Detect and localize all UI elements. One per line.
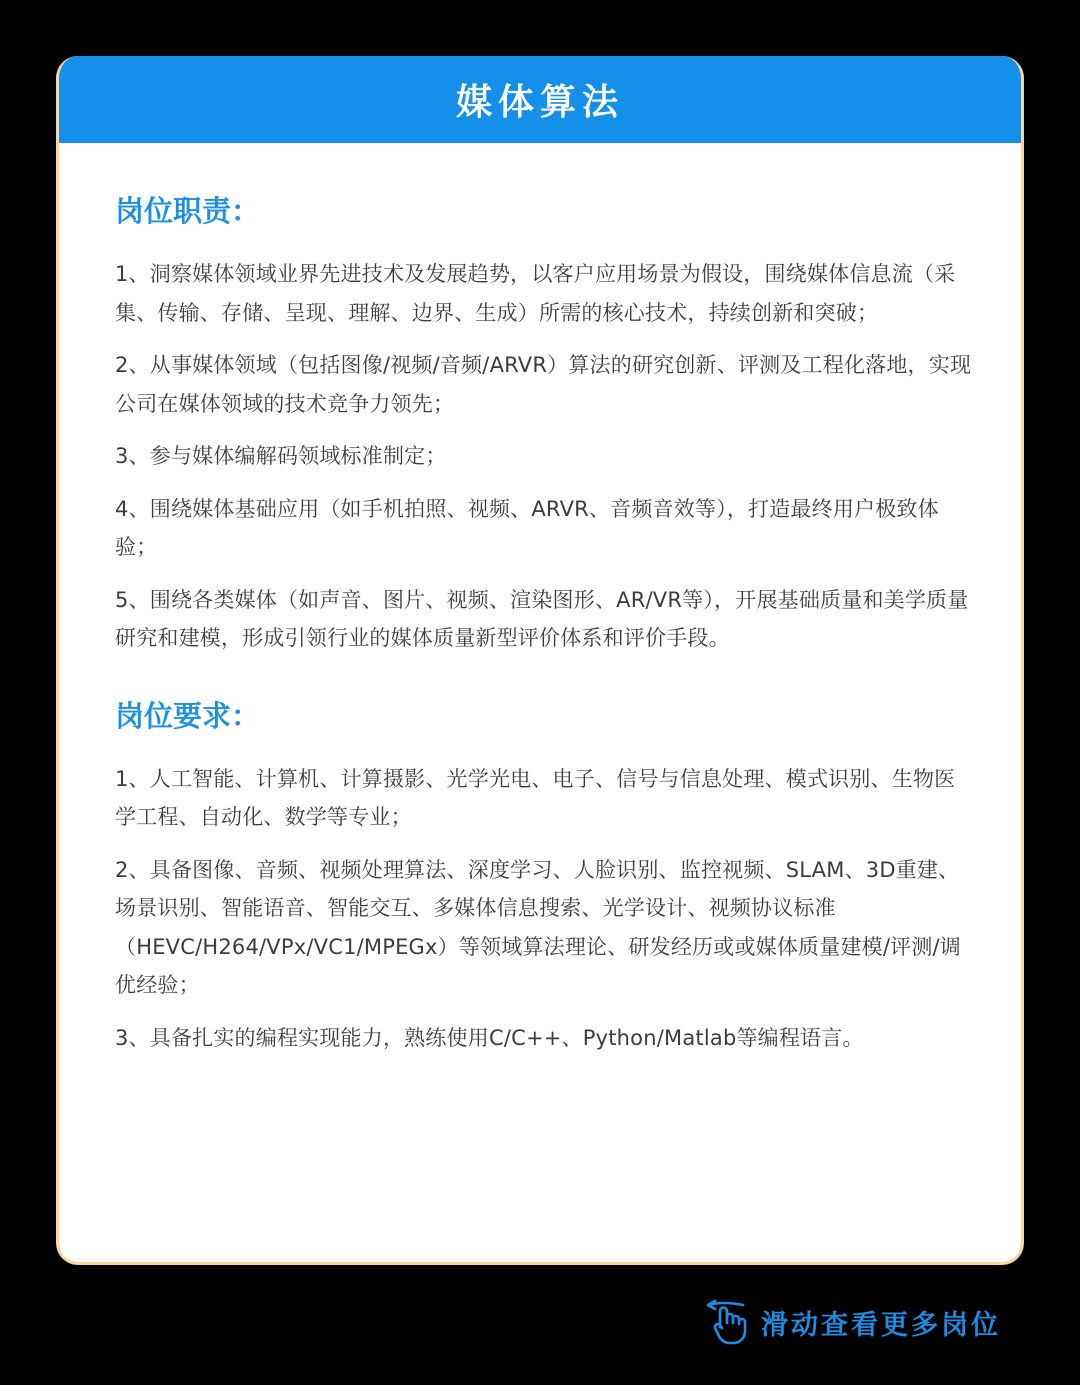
requirement-item: 1、人工智能、计算机、计算摄影、光学光电、电子、信号与信息处理、模式识别、生物医… [115,760,976,837]
requirement-item: 3、具备扎实的编程实现能力，熟练使用C/C++、Python/Matlab等编程… [115,1019,976,1058]
requirement-item: 2、具备图像、音频、视频处理算法、深度学习、人脸识别、监控视频、SLAM、3D重… [115,851,976,1005]
responsibilities-heading: 岗位职责： [115,191,976,231]
responsibility-item: 5、围绕各类媒体（如声音、图片、视频、渲染图形、AR/VR等），开展基础质量和美… [115,581,976,658]
swipe-hint[interactable]: 滑动查看更多岗位 [703,1297,1001,1347]
requirements-heading: 岗位要求： [115,696,976,736]
swipe-hint-label: 滑动查看更多岗位 [761,1303,1001,1342]
card-body: 岗位职责： 1、洞察媒体领域业界先进技术及发展趋势，以客户应用场景为假设，围绕媒… [59,143,1021,1057]
responsibility-item: 4、围绕媒体基础应用（如手机拍照、视频、ARVR、音频音效等），打造最终用户极致… [115,490,976,567]
responsibility-item: 2、从事媒体领域（包括图像/视频/音频/ARVR）算法的研究创新、评测及工程化落… [115,346,976,423]
job-card: 媒体算法 岗位职责： 1、洞察媒体领域业界先进技术及发展趋势，以客户应用场景为假… [56,56,1024,1265]
card-header: 媒体算法 [59,56,1021,143]
swipe-hand-icon [703,1297,753,1347]
responsibility-item: 1、洞察媒体领域业界先进技术及发展趋势，以客户应用场景为假设，围绕媒体信息流（采… [115,255,976,332]
responsibility-item: 3、参与媒体编解码领域标准制定； [115,437,976,476]
job-title: 媒体算法 [456,74,624,125]
